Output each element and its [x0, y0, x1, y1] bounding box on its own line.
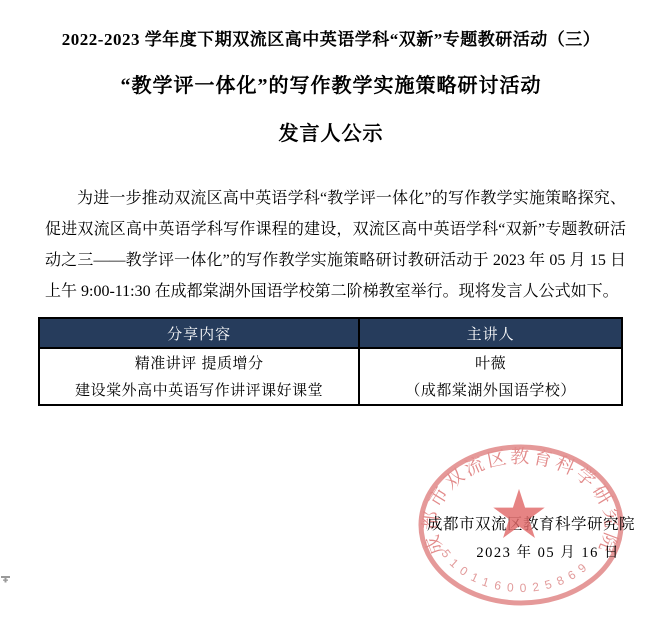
cell-share-content: 精准讲评 提质增分 建设棠外高中英语写作讲评课好课堂 — [39, 348, 359, 405]
cell-speaker: 叶薇 （成都棠湖外国语学校） — [359, 348, 622, 405]
table-header-share-content: 分享内容 — [39, 318, 359, 348]
table-row: 精准讲评 提质增分 建设棠外高中英语写作讲评课好课堂 叶薇 （成都棠湖外国语学校… — [39, 348, 622, 405]
speakers-table: 分享内容 主讲人 精准讲评 提质增分 建设棠外高中英语写作讲评课好课堂 叶薇 （… — [38, 317, 623, 406]
document-title-line3: 发言人公示 — [0, 117, 662, 146]
seal-star-icon — [490, 487, 548, 545]
table-header-speaker: 主讲人 — [359, 318, 622, 348]
stray-handle-icon — [1, 576, 11, 584]
table-header-row: 分享内容 主讲人 — [39, 318, 622, 348]
speaker-name: 叶薇 — [360, 350, 621, 377]
document-title-line1: 2022-2023 学年度下期双流区高中英语学科“双新”专题教研活动（三） — [0, 0, 662, 50]
share-content-line-1: 精准讲评 提质增分 — [40, 350, 358, 377]
document-page: 2022-2023 学年度下期双流区高中英语学科“双新”专题教研活动（三） “教… — [0, 0, 662, 630]
announcement-paragraph: 为进一步推动双流区高中英语学科“教学评一体化”的写作教学实施策略探究、促进双流区… — [45, 183, 626, 307]
signature-date: 2023 年 05 月 16 日 — [476, 543, 620, 563]
document-title-line2: “教学评一体化”的写作教学实施策略研讨活动 — [0, 69, 662, 98]
share-content-line-2: 建设棠外高中英语写作讲评课好课堂 — [40, 377, 358, 404]
speaker-school: （成都棠湖外国语学校） — [360, 377, 621, 404]
